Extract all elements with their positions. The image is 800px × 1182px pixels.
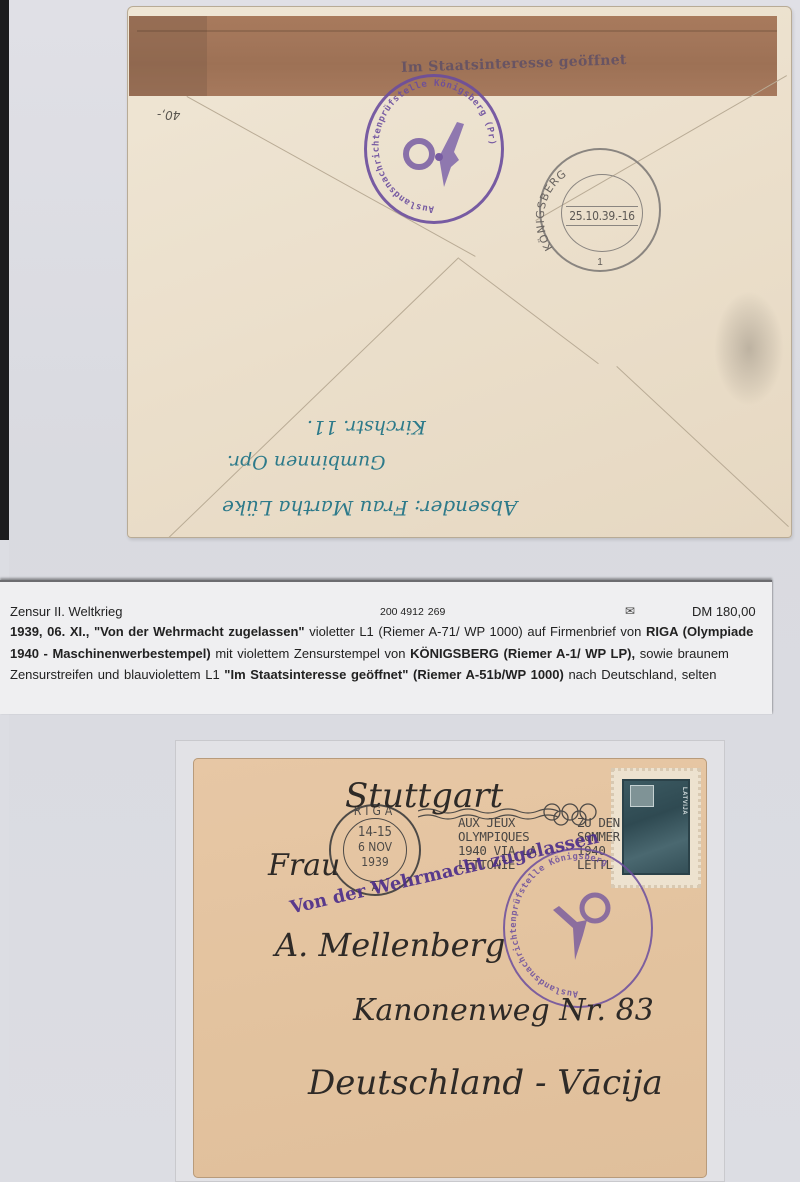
postmark-date: 6 NOV [344,840,406,854]
slogan-line: OLYMPIQUES [458,830,536,844]
lot-description-card: Zensur II. Weltkrieg 200 4912269 ✉ DM 18… [0,580,772,714]
slogan-line: AUX JEUX [458,816,536,830]
censor-stamp-front: Auslandsnachrichtenprüfstelle Königsberg [503,848,653,1008]
lot-category: Zensur II. Weltkrieg [10,604,122,619]
sender-line-1: Absender: Frau Martha Lüke [222,496,517,520]
description-segment: nach Deutschland, selten [564,667,717,682]
address-street: Kanonenweg Nr. 83 [353,993,654,1028]
postmark-time: 14-15 [344,825,406,840]
lot-number: 200 4912269 [380,606,445,618]
page-edge [0,0,9,540]
postmark-konigsberg: KÖNIGSBERG 25.10.39.-16 1 [539,148,661,272]
sender-line-2: Gumbinnen Opr. [227,451,385,473]
lot-number-suffix: 269 [428,606,446,618]
coat-of-arms-icon [630,785,654,807]
address-city: Stuttgart [345,776,503,816]
description-bold-segment: KÖNIGSBERG (Riemer A-1/ WP LP), [410,646,635,661]
description-bold-segment: "Im Staatsinteresse geöffnet" (Riemer A-… [224,667,564,682]
envelope-icon: ✉ [625,604,635,618]
description-segment: mit violettem Zensurstempel von [211,646,410,661]
postmark-sub: 1 [541,257,659,268]
stamp-country: LATVIJA [681,787,687,815]
description-bold-segment: 1939, 06. XI., "Von der Wehrmacht zugela… [10,624,305,639]
censor-tape-text: Im Staatsinteresse geöffnet [401,52,627,76]
pencil-price-note: 40,- [157,108,180,122]
cover-back-image: Im Staatsinteresse geöffnet 40,- Ausland… [127,6,792,538]
censor-stamp-konigsberg: Auslandsnachrichtenprüfstelle Königsberg… [364,74,504,224]
address-country: Deutschland - Vācija [308,1063,663,1103]
sender-line-3: Kirchstr. 11. [307,416,426,438]
address-name: A. Mellenberg [275,926,505,964]
eagle-icon [399,112,479,197]
postmark-year: 1939 [344,855,406,869]
eagle-icon [545,880,625,965]
lot-price: DM 180,00 [692,604,756,619]
lot-description-text: 1939, 06. XI., "Von der Wehrmacht zugela… [10,621,762,686]
cover-front-image: LATVIJA RIGA 14-15 6 NOV 1939 A AUX JEUX… [193,758,707,1178]
description-segment: violetter L1 (Riemer A-71/ WP 1000) auf … [305,624,646,639]
postmark-date: 25.10.39.-16 [566,206,638,226]
address-salutation: Frau [268,848,340,883]
slogan-line: ZU DEN [577,816,620,830]
ink-smudge [714,291,784,406]
lot-number-main: 200 4912 [380,606,424,618]
